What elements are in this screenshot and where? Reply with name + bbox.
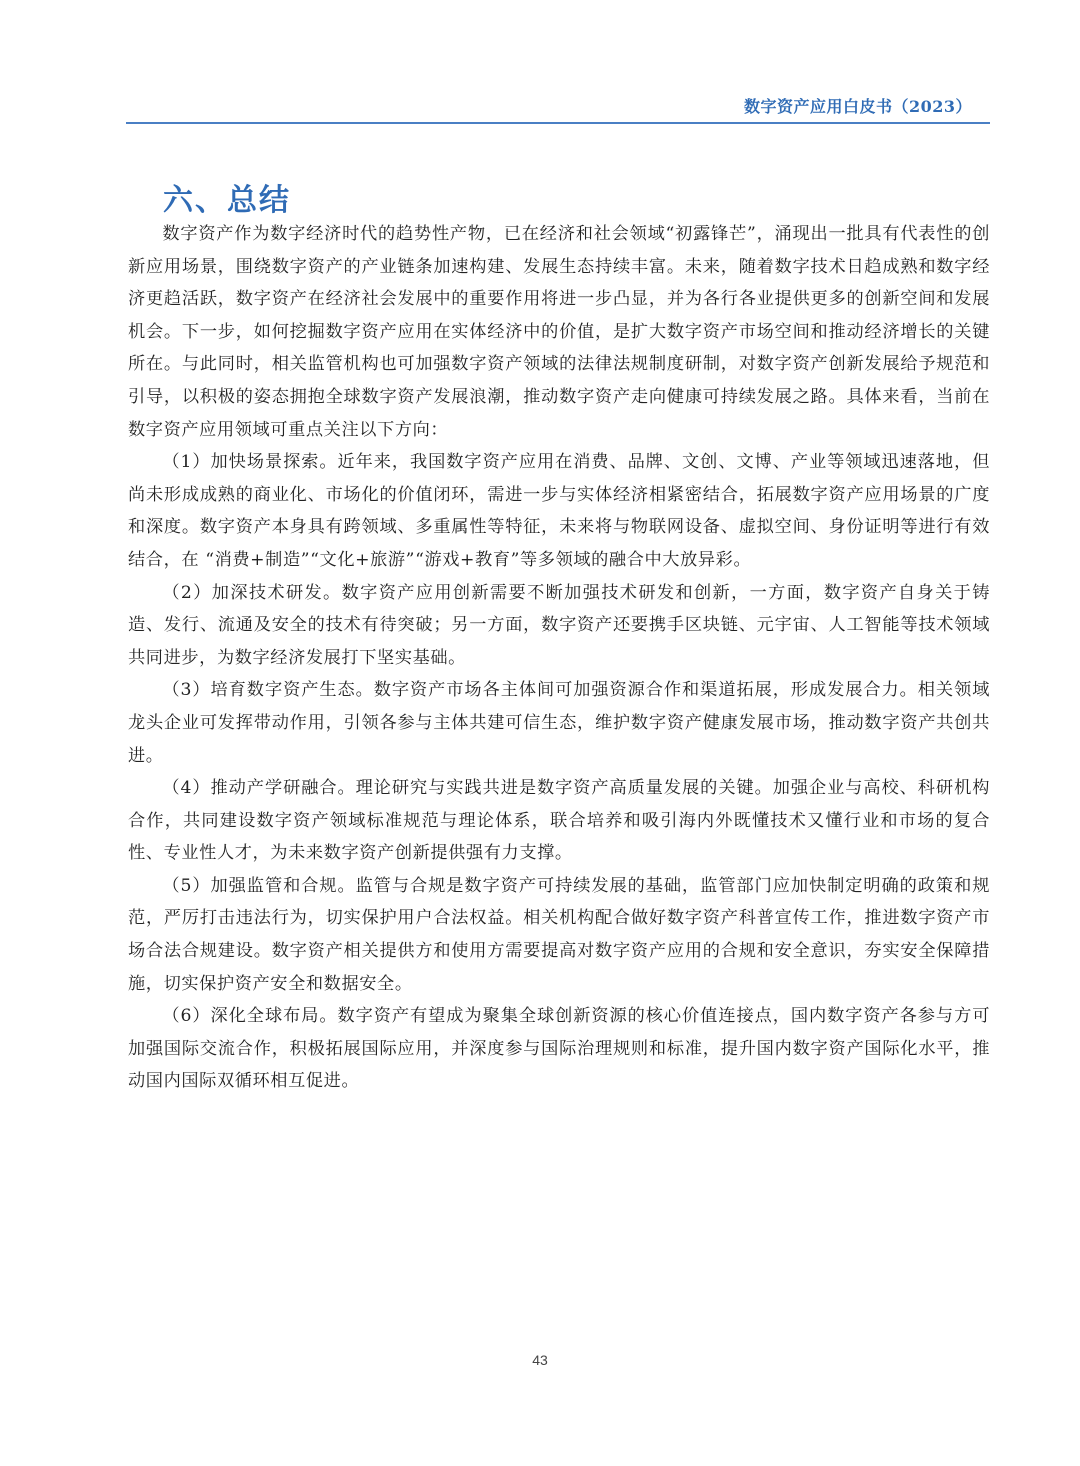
point-4-paragraph: （4）推动产学研融合。理论研究与实践共进是数字资产高质量发展的关键。加强企业与高…: [128, 772, 990, 870]
point-6-paragraph: （6）深化全球布局。数字资产有望成为聚集全球创新资源的核心价值连接点，国内数字资…: [128, 1000, 990, 1098]
section-body: 数字资产作为数字经济时代的趋势性产物，已在经济和社会领域“初露锋芒”，涌现出一批…: [128, 218, 990, 1098]
point-2-paragraph: （2）加深技术研发。数字资产应用创新需要不断加强技术研发和创新，一方面，数字资产…: [128, 577, 990, 675]
document-title: 数字资产应用白皮书（2023）: [744, 94, 972, 117]
point-1-paragraph: （1）加快场景探索。近年来，我国数字资产应用在消费、品牌、文创、文博、产业等领域…: [128, 446, 990, 576]
point-5-paragraph: （5）加强监管和合规。监管与合规是数字资产可持续发展的基础，监管部门应加快制定明…: [128, 870, 990, 1000]
page-number: 43: [0, 1352, 1080, 1368]
header-divider: [126, 122, 990, 124]
section-title: 六、总结: [163, 175, 291, 219]
point-3-paragraph: （3）培育数字资产生态。数字资产市场各主体间可加强资源合作和渠道拓展，形成发展合…: [128, 674, 990, 772]
intro-paragraph: 数字资产作为数字经济时代的趋势性产物，已在经济和社会领域“初露锋芒”，涌现出一批…: [128, 218, 990, 446]
